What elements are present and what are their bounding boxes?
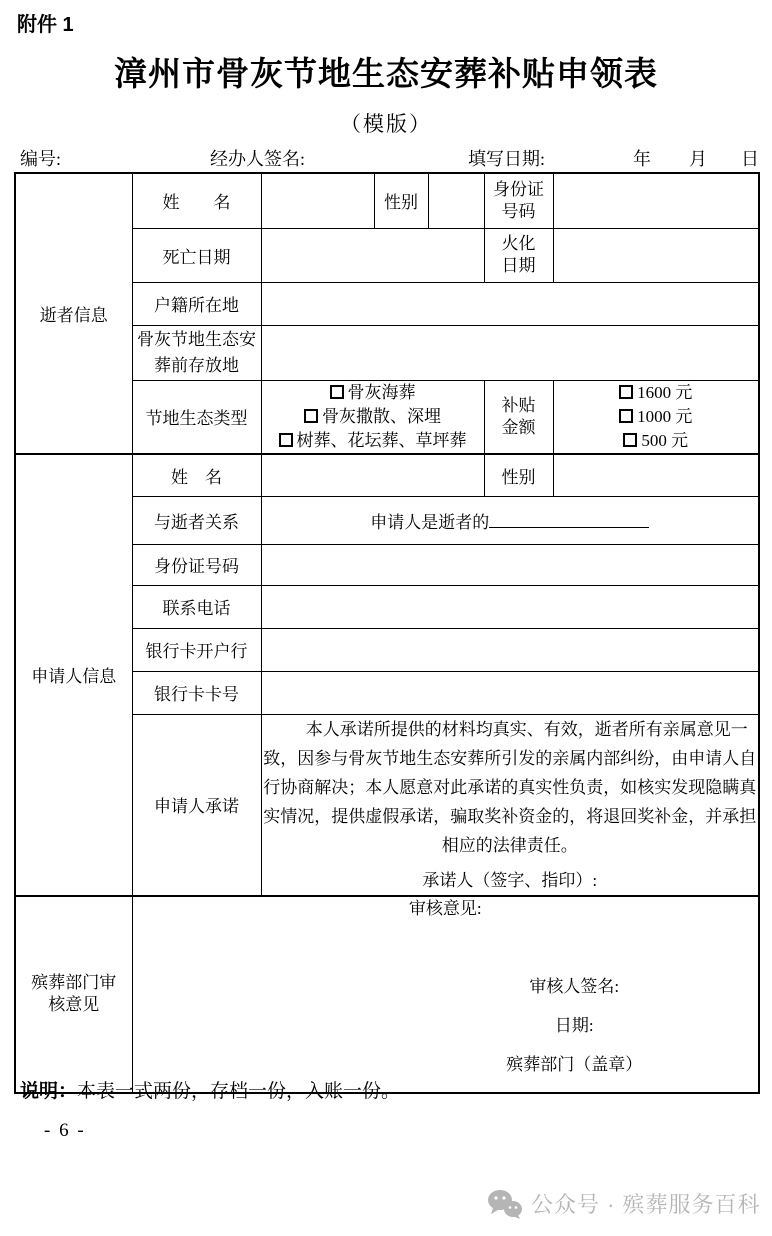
applicant-id-field <box>261 544 759 585</box>
cremation-date-field <box>553 228 759 282</box>
checkbox-icon[interactable] <box>330 385 344 399</box>
review-date-label: 日期: <box>391 1014 759 1038</box>
bank-branch-field <box>261 628 759 671</box>
commitment-cell: 本人承诺所提供的材料均真实、有效，逝者所有亲属意见一致，因参与骨灰节地生态安葬所… <box>261 714 759 896</box>
checkbox-icon[interactable] <box>279 433 293 447</box>
eco-type-label: 节地生态类型 <box>132 380 261 454</box>
fill-date-label: 填写日期: <box>468 145 545 171</box>
deceased-gender-label: 性别 <box>374 173 428 228</box>
relation-blank-line <box>489 509 649 528</box>
phone-field <box>261 585 759 628</box>
eco-option-scatter: 骨灰撒散、深埋 <box>262 405 484 429</box>
deceased-id-label: 身份证 号码 <box>484 173 553 228</box>
applicant-gender-label: 性别 <box>484 454 553 496</box>
death-date-field <box>261 228 484 282</box>
table-row: 逝者信息 姓 名 性别 身份证 号码 <box>15 173 759 228</box>
deceased-gender-field <box>428 173 484 228</box>
eco-option-sea: 骨灰海葬 <box>262 381 484 405</box>
deceased-name-label: 姓 名 <box>132 173 261 228</box>
department-seal-label: 殡葬部门（盖章） <box>391 1053 759 1077</box>
checkbox-icon[interactable] <box>619 409 633 423</box>
bank-card-label: 银行卡卡号 <box>132 671 261 714</box>
wechat-icon <box>487 1189 523 1219</box>
footnote-label: 说明： <box>20 1081 77 1102</box>
deceased-id-field <box>553 173 759 228</box>
residence-label: 户籍所在地 <box>132 282 261 325</box>
eco-option-label: 树葬、花坛葬、草坪葬 <box>297 431 467 450</box>
bank-card-field <box>261 671 759 714</box>
review-signature-block: 审核人签名: 日期: 殡葬部门（盖章） <box>391 975 759 1077</box>
table-row: 殡葬部门审 核意见 审核意见: 审核人签名: 日期: 殡葬部门（盖章） <box>15 896 759 1093</box>
applicant-name-label: 姓 名 <box>132 454 261 496</box>
number-label: 编号: <box>20 145 61 171</box>
footnote: 说明：本表一式两份，存档一份，入账一份。 <box>20 1076 400 1103</box>
handler-signature-label: 经办人签名: <box>210 145 305 171</box>
section-label-deceased: 逝者信息 <box>15 173 132 454</box>
subsidy-option-1600: 1600 元 <box>554 381 759 405</box>
eco-option-label: 骨灰撒散、深埋 <box>322 407 441 426</box>
application-form-table: 逝者信息 姓 名 性别 身份证 号码 死亡日期 火化 日期 户籍所在地 骨灰节地… <box>14 172 760 1094</box>
day-label: 日 <box>741 145 759 171</box>
subsidy-amount-label: 补贴 金额 <box>484 380 553 454</box>
applicant-id-label: 身份证号码 <box>132 544 261 585</box>
checkbox-icon[interactable] <box>623 433 637 447</box>
review-opinion-label: 审核意见: <box>133 897 759 921</box>
watermark: 公众号 · 殡葬服务百科 <box>487 1188 761 1219</box>
page-number: - 6 - <box>44 1120 86 1142</box>
section-label-review: 殡葬部门审 核意见 <box>15 896 132 1093</box>
subsidy-option-500: 500 元 <box>554 429 759 453</box>
subsidy-option-1000: 1000 元 <box>554 405 759 429</box>
applicant-gender-field <box>553 454 759 496</box>
residence-field <box>261 282 759 325</box>
relation-label: 与逝者关系 <box>132 496 261 544</box>
promiser-label: 承诺人（签字、指印）: <box>262 866 759 895</box>
applicant-name-field <box>261 454 484 496</box>
subsidy-option-label: 1600 元 <box>637 383 692 402</box>
eco-type-options: 骨灰海葬 骨灰撒散、深埋 树葬、花坛葬、草坪葬 <box>261 380 484 454</box>
review-cell: 审核意见: 审核人签名: 日期: 殡葬部门（盖章） <box>132 896 759 1093</box>
bank-branch-label: 银行卡开户行 <box>132 628 261 671</box>
form-meta-row: 编号: 经办人签名: 填写日期: 年 月 日 <box>0 145 772 169</box>
eco-option-label: 骨灰海葬 <box>348 383 416 402</box>
document-page: 附件 1 漳州市骨灰节地生态安葬补贴申领表 （模版） 编号: 经办人签名: 填写… <box>0 0 772 1236</box>
commitment-label: 申请人承诺 <box>132 714 261 896</box>
attachment-label: 附件 1 <box>17 8 74 37</box>
phone-label: 联系电话 <box>132 585 261 628</box>
reviewer-signature-label: 审核人签名: <box>391 975 759 999</box>
cremation-date-label: 火化 日期 <box>484 228 553 282</box>
ashes-storage-field <box>261 325 759 380</box>
subsidy-option-label: 500 元 <box>641 431 688 450</box>
deceased-name-field <box>261 173 374 228</box>
death-date-label: 死亡日期 <box>132 228 261 282</box>
commitment-text: 本人承诺所提供的材料均真实、有效，逝者所有亲属意见一致，因参与骨灰节地生态安葬所… <box>262 715 759 860</box>
checkbox-icon[interactable] <box>619 385 633 399</box>
table-row: 申请人信息 姓 名 性别 <box>15 454 759 496</box>
footnote-text: 本表一式两份，存档一份，入账一份。 <box>77 1081 400 1102</box>
page-subtitle: （模版） <box>0 108 772 138</box>
watermark-text: 公众号 · 殡葬服务百科 <box>531 1188 761 1219</box>
section-label-applicant: 申请人信息 <box>15 454 132 896</box>
subsidy-option-label: 1000 元 <box>637 407 692 426</box>
relation-field: 申请人是逝者的 <box>261 496 759 544</box>
ashes-storage-label: 骨灰节地生态安葬前存放地 <box>132 325 261 380</box>
year-label: 年 <box>633 145 651 171</box>
eco-option-tree: 树葬、花坛葬、草坪葬 <box>262 429 484 453</box>
page-title: 漳州市骨灰节地生态安葬补贴申领表 <box>0 48 772 95</box>
month-label: 月 <box>689 145 707 171</box>
relation-prefix: 申请人是逝者的 <box>370 513 489 532</box>
subsidy-amount-options: 1600 元 1000 元 500 元 <box>553 380 759 454</box>
checkbox-icon[interactable] <box>304 409 318 423</box>
